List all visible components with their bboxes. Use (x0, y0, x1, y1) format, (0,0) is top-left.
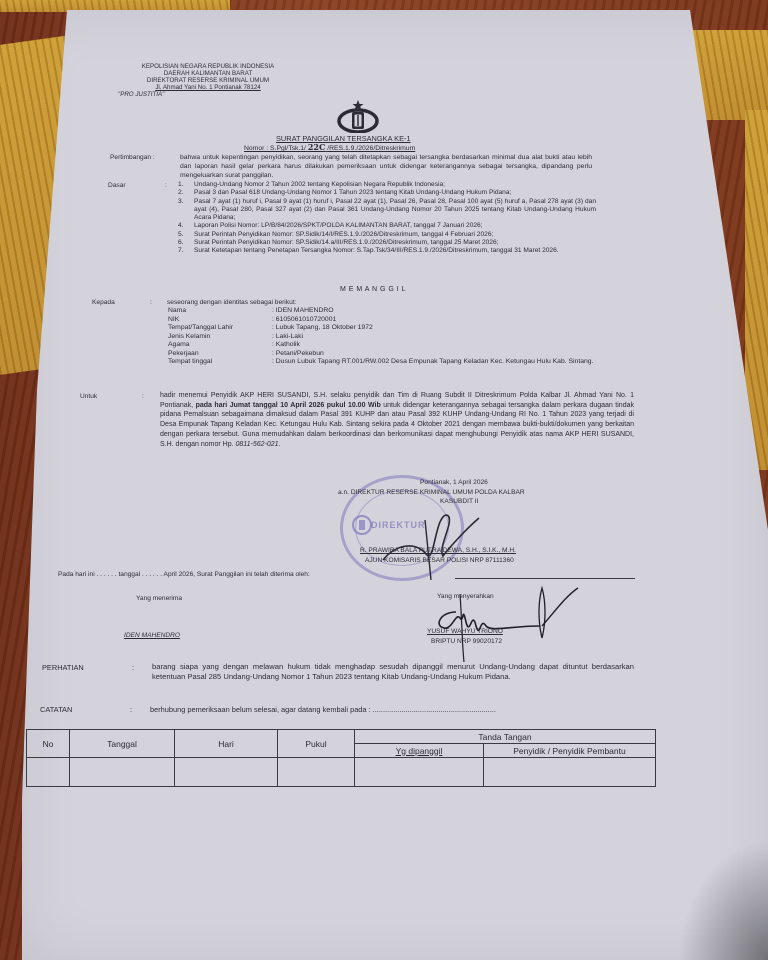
dasar-item-number: 1. (178, 181, 194, 189)
dasar-item-text: Surat Perintah Penyidikan Nomor: SP.Sidi… (194, 239, 596, 247)
appointment-datetime: pada hari Jumat tanggal 10 April 2026 pu… (196, 402, 381, 409)
header-tanda-tangan: Tanda Tangan (355, 730, 656, 744)
identity-field-label: Jenis Kelamin (168, 333, 272, 342)
giver-signature (430, 582, 580, 662)
header-pukul: Pukul (278, 730, 355, 758)
dasar-item-number: 2. (178, 189, 194, 197)
dasar-list: 1.Undang-Undang Nomor 2 Tahun 2002 tenta… (178, 181, 596, 256)
perhatian-text: barang siapa yang dengan melawan hukum t… (152, 662, 634, 682)
cell-penyidik (484, 758, 656, 787)
police-emblem-icon (335, 99, 381, 133)
cell-hari (175, 758, 278, 787)
dasar-item-text: Pasal 3 dan Pasal 618 Undang-Undang Nomo… (194, 189, 596, 197)
perhatian-label: PERHATIAN (42, 663, 84, 672)
dasar-item-text: Pasal 7 ayat (1) huruf i, Pasal 9 ayat (… (194, 198, 596, 223)
identity-field-label: Nama (168, 307, 272, 316)
identity-field-value: : IDEN MAHENDRO (272, 307, 628, 316)
place-date: Pontianak, 1 April 2026 (420, 478, 488, 487)
identity-field: Tempat/Tanggal Lahir: Lubuk Tapang, 18 O… (168, 324, 628, 333)
dasar-item: 6.Surat Perintah Penyidikan Nomor: SP.Si… (178, 239, 596, 247)
dasar-item-text: Laporan Polisi Nomor: LP/B/84/2026/SPKT/… (194, 222, 596, 230)
dasar-item: 4.Laporan Polisi Nomor: LP/B/84/2026/SPK… (178, 222, 596, 230)
handwritten-number: 22C (308, 142, 326, 152)
dasar-item: 2.Pasal 3 dan Pasal 618 Undang-Undang No… (178, 189, 596, 197)
dasar-item-number: 5. (178, 231, 194, 239)
receiver-label: Yang menerima (136, 594, 182, 603)
photo-shadow (678, 840, 768, 960)
catatan-label: CATATAN (40, 705, 72, 714)
kepada-colon: : (150, 298, 152, 307)
appointment-record-table: No Tanggal Hari Pukul Tanda Tangan Yg di… (26, 729, 656, 787)
header-no: No (27, 730, 70, 758)
dasar-colon: : (165, 181, 167, 190)
cell-pukul (278, 758, 355, 787)
cell-no (27, 758, 70, 787)
header-tanggal: Tanggal (70, 730, 175, 758)
untuk-label: Untuk (80, 392, 97, 401)
receipt-line: Pada hari ini . . . . . . tanggal . . . … (58, 570, 310, 579)
dasar-item-number: 4. (178, 222, 194, 230)
identity-field: Agama: Katholik (168, 341, 628, 350)
perhatian-colon: : (132, 663, 134, 672)
dasar-item: 3.Pasal 7 ayat (1) huruf i, Pasal 9 ayat… (178, 198, 596, 223)
dasar-item-number: 3. (178, 198, 194, 223)
pro-justitia: "PRO JUSTITIA" (118, 91, 178, 99)
untuk-text: hadir menemui Penyidik AKP HERI SUSANDI,… (160, 391, 634, 449)
table-row (27, 758, 656, 787)
cell-tanggal (70, 758, 175, 787)
untuk-colon: : (142, 392, 144, 401)
number-suffix: /RES.1.9./2026/Ditreskrimum (327, 145, 415, 152)
pertimbangan-text: bahwa untuk kepentingan penyidikan, seor… (180, 153, 592, 180)
dasar-item-text: Surat Perintah Penyidikan Nomor: SP.Sidi… (194, 231, 596, 239)
stamp-emblem-icon (351, 514, 373, 536)
identity-field-value: : Katholik (272, 341, 628, 350)
identity-field-value: : Laki-Laki (272, 333, 628, 342)
kepada-intro: seseorang dengan identitas sebagai berik… (167, 298, 296, 307)
identity-field: Pekerjaan: Petani/Pekebun (168, 350, 628, 359)
kepada-label: Kepada (92, 298, 115, 307)
identity-field-value: : Dusun Lubuk Tapang RT.001/RW.002 Desa … (272, 358, 628, 367)
signer-rank: AJUN KOMISARIS BESAR POLISI NRP 87111360 (365, 556, 514, 565)
dasar-item-number: 6. (178, 239, 194, 247)
giver-name: YUSUF WAHYU TRIONO (427, 627, 503, 636)
identity-field: NIK: 6105061010720001 (168, 316, 628, 325)
document-number: Nomor : S.Pgl/Tsk.1/ 22C /RES.1.9./2026/… (244, 143, 415, 153)
dasar-label: Dasar (108, 181, 126, 190)
identity-field: Jenis Kelamin: Laki-Laki (168, 333, 628, 342)
identity-fields: Nama: IDEN MAHENDRONIK: 6105061010720001… (168, 307, 628, 367)
identity-field-label: Tempat/Tanggal Lahir (168, 324, 272, 333)
identity-field-value: : Lubuk Tapang, 18 Oktober 1972 (272, 324, 628, 333)
receiver-name: IDEN MAHENDRO (124, 631, 180, 640)
catatan-text: berhubung pemeriksaan belum selesai, aga… (150, 705, 496, 714)
investigator-phone: 0811-562-021. (236, 441, 281, 448)
dasar-item: 7.Surat Ketetapan tentang Penetapan Ters… (178, 247, 596, 255)
document-title: SURAT PANGGILAN TERSANGKA KE-1 (276, 134, 411, 143)
identity-field-label: Tempat tinggal (168, 358, 272, 367)
subheader-penyidik: Penyidik / Penyidik Pembantu (484, 744, 656, 758)
giver-rank: BRIPTU NRP 99020172 (431, 637, 502, 646)
identity-field: Nama: IDEN MAHENDRO (168, 307, 628, 316)
identity-field-value: : 6105061010720001 (272, 316, 628, 325)
dasar-item-text: Undang-Undang Nomor 2 Tahun 2002 tentang… (194, 181, 596, 189)
identity-field-label: NIK (168, 316, 272, 325)
receipt-underline (455, 578, 635, 579)
identity-field-label: Agama (168, 341, 272, 350)
catatan-colon: : (130, 705, 132, 714)
dasar-item: 1.Undang-Undang Nomor 2 Tahun 2002 tenta… (178, 181, 596, 189)
kasubdit-signature (375, 490, 485, 580)
identity-field-value: : Petani/Pekebun (272, 350, 628, 359)
signer-name: R. PRAWIRA BALA PUTRA DEWA, S.H., S.I.K.… (360, 546, 516, 555)
identity-field: Tempat tinggal: Dusun Lubuk Tapang RT.00… (168, 358, 628, 367)
memanggil-heading: M E M A N G G I L (340, 285, 406, 294)
dasar-item-text: Surat Ketetapan tentang Penetapan Tersan… (194, 247, 596, 255)
summons-document: KEPOLISIAN NEGARA REPUBLIK INDONESIA DAE… (0, 0, 768, 960)
identity-field-label: Pekerjaan (168, 350, 272, 359)
pertimbangan-label: Pertimbangan : (110, 153, 155, 162)
header-hari: Hari (175, 730, 278, 758)
dasar-item-number: 7. (178, 247, 194, 255)
subheader-yg-dipanggil: Yg dipanggil (355, 744, 484, 758)
number-label: Nomor : S.Pgl/Tsk.1/ (244, 145, 306, 152)
cell-yg-dipanggil (355, 758, 484, 787)
dasar-item: 5.Surat Perintah Penyidikan Nomor: SP.Si… (178, 231, 596, 239)
